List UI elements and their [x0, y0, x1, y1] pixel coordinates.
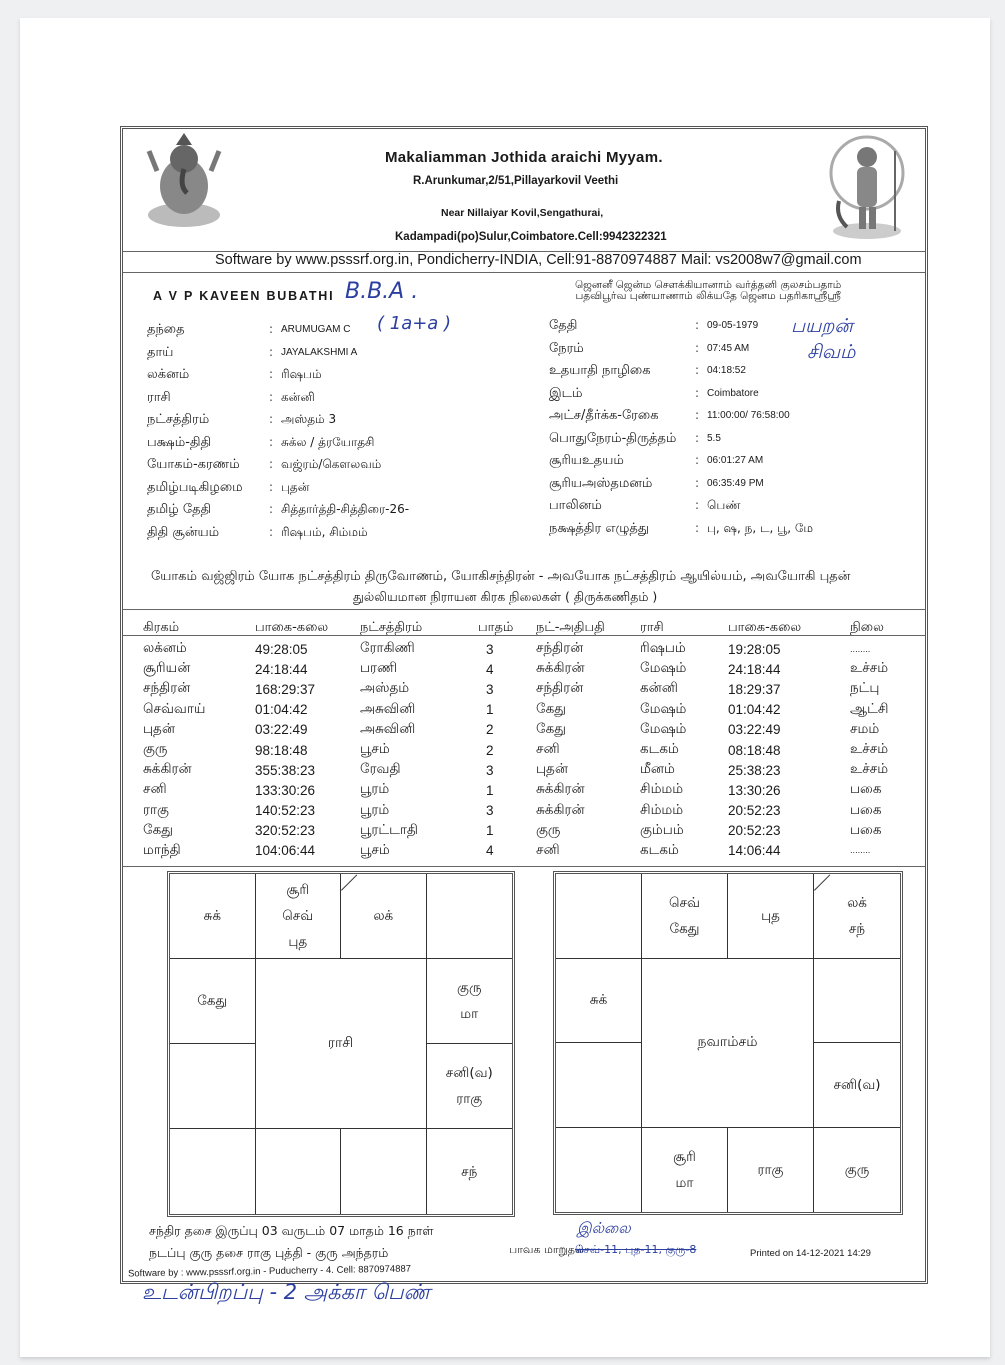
detail-label: பாலினம் — [549, 498, 602, 514]
detail-label: லக்னம் — [147, 367, 189, 383]
planet-label: கேது — [670, 916, 700, 942]
table-cell: மேஷம் — [640, 720, 728, 740]
table-cell: சனி — [536, 841, 640, 861]
detail-value: அஸ்தம் 3 — [281, 412, 336, 428]
planet-label: சுக் — [204, 903, 221, 929]
dasa-balance: சந்திர தசை இருப்பு 03 வருடம் 07 மாதம் 16… — [149, 1223, 434, 1240]
table-cell: 1 — [478, 780, 536, 800]
table-cell: பகை — [850, 780, 920, 800]
table-cell: சுக்கிரன் — [536, 801, 640, 821]
table-cell: உச்சம் — [850, 740, 920, 760]
planet-label: புத — [288, 929, 307, 955]
table-cell: மேஷம் — [640, 700, 728, 720]
handwritten-bhava-note: இல்லை — [577, 1219, 631, 1239]
table-cell: 2 — [478, 740, 536, 760]
house-makaram — [556, 1043, 642, 1128]
table-cell: 14:06:44 — [728, 841, 850, 861]
table-cell: பகை — [850, 821, 920, 841]
chart-center-label: நவாம்சம் — [642, 959, 814, 1128]
table-cell: உச்சம் — [850, 659, 920, 679]
table-cell: மேஷம் — [640, 659, 728, 679]
detail-value: JAYALAKSHMI A — [281, 347, 357, 358]
table-row: சனி133:30:26பூரம்1சுக்கிரன்சிம்மம்13:30:… — [143, 780, 920, 800]
separator-colon: : — [269, 367, 273, 381]
table-cell: மாந்தி — [143, 841, 255, 861]
table-cell: 08:18:48 — [728, 740, 850, 760]
table-cell: 3 — [478, 639, 536, 659]
detail-label: பொதுநேரம்-திருத்தம் — [549, 431, 676, 447]
table-cell: ரோகிணி — [360, 639, 478, 659]
planet-label: கேது — [197, 988, 227, 1014]
house-kanni: குரு — [814, 1128, 900, 1213]
separator-colon: : — [695, 498, 699, 512]
table-cell: 4 — [478, 659, 536, 679]
address-line-1: R.Arunkumar,2/51,Pillayarkovil Veethi — [413, 175, 618, 187]
house-meenam: சுக் — [170, 874, 256, 959]
table-cell: ஆட்சி — [850, 700, 920, 720]
table-cell: சந்திரன் — [536, 639, 640, 659]
table-cell: அசுவினி — [360, 720, 478, 740]
detail-label: தேதி — [549, 318, 577, 334]
planet-label: லக் — [847, 890, 867, 916]
table-cell: உச்சம் — [850, 760, 920, 780]
house-simmam: சனி(வ) — [814, 1043, 900, 1128]
detail-label: தந்தை — [147, 322, 185, 338]
separator-colon: : — [695, 453, 699, 467]
house-kumbam: சுக் — [556, 959, 642, 1044]
house-meenam — [556, 874, 642, 959]
table-cell: சனி — [536, 740, 640, 760]
separator-colon: : — [695, 341, 699, 355]
table-cell: சுக்கிரன் — [143, 760, 255, 780]
current-dasa-period: நடப்பு குரு தசை ராகு புத்தி - குரு அந்தர… — [149, 1245, 388, 1262]
planet-label: குரு — [845, 1157, 869, 1183]
detail-value: 11:00:00/ 76:58:00 — [707, 410, 790, 421]
detail-label: சூரியஉதயம் — [549, 453, 624, 469]
detail-value: புதன் — [281, 480, 309, 496]
table-cell: சுக்கிரன் — [536, 780, 640, 800]
planet-label: புத — [761, 903, 780, 929]
planet-label: சுக் — [590, 987, 607, 1013]
table-row: கேது320:52:23பூரட்டாதி1குருகும்பம்20:52:… — [143, 821, 920, 841]
handwritten-note-line-1: பயறன் — [791, 315, 853, 340]
planet-label: லக் — [373, 903, 393, 929]
detail-label: தமிழ் தேதி — [147, 502, 211, 518]
house-dhanusu — [556, 1128, 642, 1213]
software-credit: Software by www.psssrf.org.in, Pondicher… — [215, 252, 862, 268]
horoscope-document: Makaliamman Jothida araichi Myyam. R.Aru… — [120, 126, 928, 1284]
navamsa-chart: செவ்கேதுபுதலக்சந்சுக்சனி(வ)சூரிமாராகுகுர… — [553, 871, 903, 1215]
bhava-change-value: செவ்-11, புத-11, குரு-8 — [575, 1243, 696, 1258]
house-kadagam: குருமா — [427, 959, 513, 1044]
planet-label: சந் — [461, 1159, 477, 1185]
detail-label: அட்ச/தீர்க்க-ரேகை — [549, 408, 659, 424]
detail-value: Coimbatore — [707, 388, 759, 399]
rasi-chart: சுக்சூரிசெவ்புதலக்கேதுகுருமாசனி(வ)ராகுசந… — [167, 871, 515, 1217]
table-cell: 355:38:23 — [255, 760, 360, 780]
house-mithunam: லக்சந் — [814, 874, 900, 959]
separator-colon: : — [269, 457, 273, 471]
detail-value: 04:18:52 — [707, 365, 746, 376]
table-cell: பூசம் — [360, 740, 478, 760]
scanned-page: Makaliamman Jothida araichi Myyam. R.Aru… — [20, 18, 990, 1357]
planet-label: ராகு — [456, 1086, 482, 1112]
table-cell: அசுவினி — [360, 700, 478, 720]
table-cell: கேது — [536, 700, 640, 720]
chart-center-label: ராசி — [256, 959, 427, 1129]
table-cell: 13:30:26 — [728, 780, 850, 800]
table-cell: ரிஷபம் — [640, 639, 728, 659]
separator-colon: : — [695, 363, 699, 377]
table-cell: 01:04:42 — [728, 700, 850, 720]
table-cell: ........ — [850, 639, 920, 659]
separator-colon: : — [695, 318, 699, 332]
table-row: செவ்வாய்01:04:42அசுவினி1கேதுமேஷம்01:04:4… — [143, 700, 920, 720]
table-row: சுக்கிரன்355:38:23ரேவதி3புதன்மீனம்25:38:… — [143, 760, 920, 780]
table-cell: ரேவதி — [360, 760, 478, 780]
planet-label: குரு — [457, 975, 481, 1001]
separator-colon: : — [269, 480, 273, 494]
table-cell: 3 — [478, 760, 536, 780]
house-viruchigam — [256, 1129, 342, 1214]
detail-value: 06:01:27 AM — [707, 455, 763, 466]
house-thulam — [341, 1129, 427, 1214]
table-cell: 3 — [478, 679, 536, 699]
detail-value: 09-05-1979 — [707, 320, 758, 331]
house-kumbam: கேது — [170, 959, 256, 1044]
house-kanni: சந் — [427, 1129, 513, 1214]
table-cell: பகை — [850, 801, 920, 821]
table-cell: கன்னி — [640, 679, 728, 699]
table-cell: 98:18:48 — [255, 740, 360, 760]
table-cell: குரு — [143, 740, 255, 760]
separator-colon: : — [269, 322, 273, 336]
table-cell: 4 — [478, 841, 536, 861]
handwritten-bottom-note: உடன்பிறப்பு - 2 அக்கா பெண் — [142, 1280, 430, 1307]
table-cell: கடகம் — [640, 740, 728, 760]
institution-title: Makaliamman Jothida araichi Myyam. — [385, 149, 663, 166]
detail-label: திதி சூன்யம் — [147, 525, 219, 541]
table-cell: சிம்மம் — [640, 801, 728, 821]
detail-label: இடம் — [549, 386, 582, 402]
planet-label: ராகு — [758, 1157, 784, 1183]
detail-value: 06:35:49 PM — [707, 478, 764, 489]
detail-value: 5.5 — [707, 433, 721, 444]
table-cell: 24:18:44 — [255, 659, 360, 679]
table-cell: லக்னம் — [143, 639, 255, 659]
house-dhanusu — [170, 1129, 256, 1214]
separator-colon: : — [269, 435, 273, 449]
house-viruchigam: சூரிமா — [642, 1128, 728, 1213]
divider — [123, 866, 925, 867]
detail-label: உதயாதி நாழிகை — [549, 363, 651, 379]
murugan-icon — [825, 131, 909, 241]
table-cell: பூரட்டாதி — [360, 821, 478, 841]
table-cell: பூசம் — [360, 841, 478, 861]
table-cell: 20:52:23 — [728, 801, 850, 821]
table-cell: புதன் — [536, 760, 640, 780]
detail-value: ரிஷபம், சிம்மம் — [281, 525, 368, 541]
table-cell: 104:06:44 — [255, 841, 360, 861]
house-rishabam: லக் — [341, 874, 427, 959]
planet-label: மா — [676, 1170, 694, 1196]
table-cell: மீனம் — [640, 760, 728, 780]
handwritten-degree: B.B.A . — [345, 279, 418, 304]
separator-colon: : — [269, 412, 273, 426]
planet-label: சூரி — [286, 877, 309, 903]
handwritten-father-note: ( 1a+a ) — [377, 313, 451, 334]
separator-colon: : — [269, 390, 273, 404]
divider — [123, 609, 925, 610]
table-row: சூரியன்24:18:44பரணி4சுக்கிரன்மேஷம்24:18:… — [143, 659, 920, 679]
house-mesham: செவ்கேது — [642, 874, 728, 959]
printed-timestamp: Printed on 14-12-2021 14:29 — [750, 1248, 871, 1259]
divider — [123, 635, 925, 636]
handwritten-note-line-2: சிவம் — [807, 341, 855, 366]
table-cell: ராகு — [143, 801, 255, 821]
detail-label: தாய் — [147, 345, 173, 361]
table-cell: கேது — [143, 821, 255, 841]
table-cell: 19:28:05 — [728, 639, 850, 659]
house-thulam: ராகு — [728, 1128, 814, 1213]
table-cell: 49:28:05 — [255, 639, 360, 659]
table-cell: ........ — [850, 841, 920, 861]
table-row: மாந்தி104:06:44பூசம்4சனிகடகம்14:06:44...… — [143, 841, 920, 861]
planet-label: மா — [460, 1001, 478, 1027]
detail-value: வஜ்ரம்/கௌலவம் — [281, 457, 381, 473]
planet-label: சூரி — [673, 1144, 696, 1170]
detail-label: ராசி — [147, 390, 171, 406]
table-cell: 25:38:23 — [728, 760, 850, 780]
table-cell: சூரியன் — [143, 659, 255, 679]
table-cell: பூரம் — [360, 801, 478, 821]
table-cell: 03:22:49 — [255, 720, 360, 740]
table-cell: சிம்மம் — [640, 780, 728, 800]
table-cell: 2 — [478, 720, 536, 740]
detail-label: பக்ஷம்-திதி — [147, 435, 211, 451]
ganesha-icon — [143, 131, 225, 229]
table-cell: சனி — [143, 780, 255, 800]
detail-label: நக்ஷத்திர எழுத்து — [549, 521, 649, 537]
table-cell: கும்பம் — [640, 821, 728, 841]
table-cell: 1 — [478, 700, 536, 720]
table-cell: 3 — [478, 801, 536, 821]
table-cell: செவ்வாய் — [143, 700, 255, 720]
table-row: ராகு140:52:23பூரம்3சுக்கிரன்சிம்மம்20:52… — [143, 801, 920, 821]
detail-value: 07:45 AM — [707, 343, 749, 354]
blessing-verse: ஜெனனீ ஜென்ம சௌக்கியானாம் வர்த்தனி குலசம்… — [575, 280, 841, 302]
separator-colon: : — [695, 431, 699, 445]
table-cell: 01:04:42 — [255, 700, 360, 720]
yoga-summary: யோகம் வஜ்ஜிரம் யோக நட்சத்திரம் திருவோணம்… — [151, 569, 850, 585]
table-cell: சந்திரன் — [143, 679, 255, 699]
table-cell: 18:29:37 — [728, 679, 850, 699]
planet-label: செவ் — [282, 903, 313, 929]
detail-value: ரிஷபம் — [281, 367, 322, 383]
detail-label: நட்சத்திரம் — [147, 412, 209, 428]
house-makaram — [170, 1044, 256, 1129]
table-cell: 320:52:23 — [255, 821, 360, 841]
table-cell: சந்திரன் — [536, 679, 640, 699]
planet-label: சனி(வ) — [833, 1072, 880, 1098]
table-cell: 140:52:23 — [255, 801, 360, 821]
address-line-3: Kadampadi(po)Sulur,Coimbatore.Cell:99423… — [395, 231, 667, 243]
detail-value: கன்னி — [281, 390, 315, 406]
table-cell: 20:52:23 — [728, 821, 850, 841]
table-cell: 24:18:44 — [728, 659, 850, 679]
detail-value: ARUMUGAM C — [281, 324, 350, 335]
divider — [123, 272, 925, 273]
table-cell: 133:30:26 — [255, 780, 360, 800]
table-cell: சுக்கிரன் — [536, 659, 640, 679]
table-cell: கடகம் — [640, 841, 728, 861]
detail-label: நேரம் — [549, 341, 584, 357]
table-cell: 1 — [478, 821, 536, 841]
bhava-change-label: பாவக மாறுதல் — [509, 1243, 584, 1258]
house-mithunam — [427, 874, 513, 959]
table-cell: அஸ்தம் — [360, 679, 478, 699]
separator-colon: : — [269, 345, 273, 359]
detail-value: பு, ஷ, ந, ட, பூ, மே — [707, 521, 813, 537]
separator-colon: : — [695, 408, 699, 422]
planet-positions-table: கிரகம்பாகை-கலைநட்சத்திரம்பாதம்நட்-அதிபதி… — [143, 617, 920, 861]
detail-value: சித்தார்த்தி-சித்திரை-26- — [281, 502, 409, 518]
table-cell: கேது — [536, 720, 640, 740]
detail-value: பெண் — [707, 498, 741, 514]
detail-value: சுக்ல / த்ரயோதசி — [281, 435, 374, 451]
table-cell: புதன் — [143, 720, 255, 740]
planet-label: சனி(வ) — [446, 1060, 493, 1086]
table-cell: நட்பு — [850, 679, 920, 699]
table-row: லக்னம்49:28:05ரோகிணி3சந்திரன்ரிஷபம்19:28… — [143, 639, 920, 659]
house-kadagam — [814, 959, 900, 1044]
separator-colon: : — [695, 386, 699, 400]
person-name: A V P KAVEEN BUBATHI — [153, 289, 334, 303]
separator-colon: : — [695, 521, 699, 535]
table-row: குரு98:18:48பூசம்2சனிகடகம்08:18:48உச்சம் — [143, 740, 920, 760]
detail-label: சூரியஅஸ்தமனம் — [549, 476, 652, 492]
table-row: சந்திரன்168:29:37அஸ்தம்3சந்திரன்கன்னி18:… — [143, 679, 920, 699]
table-cell: 03:22:49 — [728, 720, 850, 740]
house-simmam: சனி(வ)ராகு — [427, 1044, 513, 1129]
detail-label: தமிழ்படிகிழமை — [147, 480, 243, 496]
address-line-2: Near Nillaiyar Kovil,Sengathurai, — [441, 207, 603, 219]
planet-table-title: துல்லியமான நிராயன கிரக நிலைகள் ( திருக்க… — [353, 589, 657, 606]
separator-colon: : — [269, 525, 273, 539]
table-cell: பரணி — [360, 659, 478, 679]
table-cell: பூரம் — [360, 780, 478, 800]
separator-colon: : — [269, 502, 273, 516]
planet-label: செவ் — [669, 890, 700, 916]
house-mesham: சூரிசெவ்புத — [256, 874, 342, 959]
house-rishabam: புத — [728, 874, 814, 959]
table-cell: சமம் — [850, 720, 920, 740]
table-cell: 168:29:37 — [255, 679, 360, 699]
planet-label: சந் — [849, 916, 865, 942]
table-cell: குரு — [536, 821, 640, 841]
separator-colon: : — [695, 476, 699, 490]
detail-label: யோகம்-கரணம் — [147, 457, 240, 473]
table-row: புதன்03:22:49அசுவினி2கேதுமேஷம்03:22:49சம… — [143, 720, 920, 740]
